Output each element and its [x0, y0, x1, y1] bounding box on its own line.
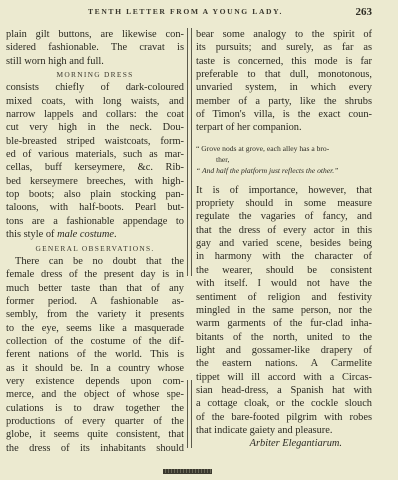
right-column: bear some analogy to the spirit of its p… — [196, 28, 372, 451]
verse-line: “ And half the platform just reflects th… — [196, 165, 372, 176]
column-divider — [187, 28, 192, 276]
text-line: tons are a fashionable appendage to — [6, 215, 184, 228]
text-line: this style of male costume. — [6, 228, 184, 241]
text-line: culations is to draw together the — [6, 402, 184, 415]
text-line: female dress of the present day is in — [6, 268, 184, 281]
verse-line-continuation: ther, — [196, 154, 372, 165]
text-line: There can be no doubt that the — [6, 255, 184, 268]
text-line: gay and varied scene, besides being — [196, 237, 372, 250]
text-line: bed kerseymere breeches, with high- — [6, 175, 184, 188]
verse-quotation: “ Grove nods at grove, each alley has a … — [196, 143, 372, 176]
text-line: sian head-dress, a Spanish hat with — [196, 384, 372, 397]
text-line: still worn high and full. — [6, 55, 184, 68]
text-line: that the dress of every actor in this — [196, 224, 372, 237]
text-line: as it should be. In a country whose — [6, 362, 184, 375]
text-line: ed of various materials, such as mar- — [6, 148, 184, 161]
text-line: that indicate gaiety and pleasure. — [196, 424, 372, 437]
text-line: taste is concerned, this mode is far — [196, 55, 372, 68]
text-line: unvaried system, in which every — [196, 81, 372, 94]
section-heading-general-observations: GENERAL OBSERVATIONS. — [6, 242, 184, 255]
text-line: much better taste than that of any — [6, 282, 184, 295]
text-line: former period. A fashionable as- — [6, 295, 184, 308]
text-line: sembly, from the variety it presents — [6, 308, 184, 321]
text-line: warm garments of the fur-clad inha- — [196, 317, 372, 330]
text-line: regulate the vagaries of fancy, and — [196, 210, 372, 223]
text-line: plain gilt buttons, are likewise con- — [6, 28, 184, 41]
signature: Arbiter Elegantiarum. — [196, 437, 372, 450]
text-line: very existence depends upon com- — [6, 375, 184, 388]
text-line: cellas, buff kerseymere, &c. Rib- — [6, 161, 184, 174]
text-line: in harmony with the character of — [196, 250, 372, 263]
text-line: productions of every quarter of the — [6, 415, 184, 428]
left-column: plain gilt buttons, are likewise con- si… — [6, 28, 184, 455]
text-fragment: . — [114, 229, 117, 240]
text-line: mingled in the same person, nor the — [196, 304, 372, 317]
italic-phrase: male costume — [57, 229, 114, 240]
running-head: TENTH LETTER FROM A YOUNG LADY. 263 — [0, 6, 398, 20]
text-line: globe, it seems quite consistent, that — [6, 428, 184, 441]
text-line: bear some analogy to the spirit of — [196, 28, 372, 41]
text-line: bitants of the north, united to the — [196, 331, 372, 344]
text-line: preferable to that dull, monotonous, — [196, 68, 372, 81]
text-line: member of a party, like the shrubs — [196, 95, 372, 108]
text-line: narrow lappels and collars: the coat — [6, 108, 184, 121]
text-line: to the eye, seems like a masquerade — [6, 322, 184, 335]
text-line: top boots; also plain stocking pan- — [6, 188, 184, 201]
text-line: with itself. I would not have the — [196, 277, 372, 290]
verse-line: “ Grove nods at grove, each alley has a … — [196, 143, 372, 154]
section-heading-morning-dress: MORNING DRESS — [6, 68, 184, 81]
text-line: It is of importance, however, that — [196, 184, 372, 197]
text-line: light and gossamer-like drapery of — [196, 344, 372, 357]
text-line: taloons, with half-boots. Pearl but- — [6, 201, 184, 214]
text-fragment: this style of — [6, 229, 57, 240]
text-line: the dress of its inhabitants should — [6, 442, 184, 455]
book-page: TENTH LETTER FROM A YOUNG LADY. 263 plai… — [0, 0, 398, 480]
text-line: cut very high in the neck. Dou- — [6, 121, 184, 134]
running-title: TENTH LETTER FROM A YOUNG LADY. — [88, 7, 283, 16]
page-number: 263 — [356, 6, 373, 18]
text-line: a cottage cloak, or the cockle slouch — [196, 397, 372, 410]
text-line: terpart of her companion. — [196, 121, 372, 134]
text-line: ble-breasted striped waistcoats, form- — [6, 135, 184, 148]
column-divider-lower — [187, 380, 192, 448]
text-line: the eastern nations. A Carmelite — [196, 357, 372, 370]
text-line: its pursuits; and surely, as far as — [196, 41, 372, 54]
text-line: collection of the costume of the dif- — [6, 335, 184, 348]
text-line: merce, and the object of whose spe- — [6, 388, 184, 401]
text-line: of the bare-footed pilgrim with robes — [196, 411, 372, 424]
text-line: tippet will ill accord with a Circas- — [196, 371, 372, 384]
text-line: sidered fashionable. The cravat is — [6, 41, 184, 54]
text-line: of Timon's villa, is the exact coun- — [196, 108, 372, 121]
text-line: sentiment of religion and festivity — [196, 291, 372, 304]
text-line: mixed coats, with long waists, and — [6, 95, 184, 108]
text-line: consists chiefly of dark-coloured — [6, 81, 184, 94]
text-line: the wearer, should be consistent — [196, 264, 372, 277]
tailpiece-ornament — [163, 469, 212, 474]
text-line: ferent nations of the world. This is — [6, 348, 184, 361]
text-line: propriety should in some measure — [196, 197, 372, 210]
